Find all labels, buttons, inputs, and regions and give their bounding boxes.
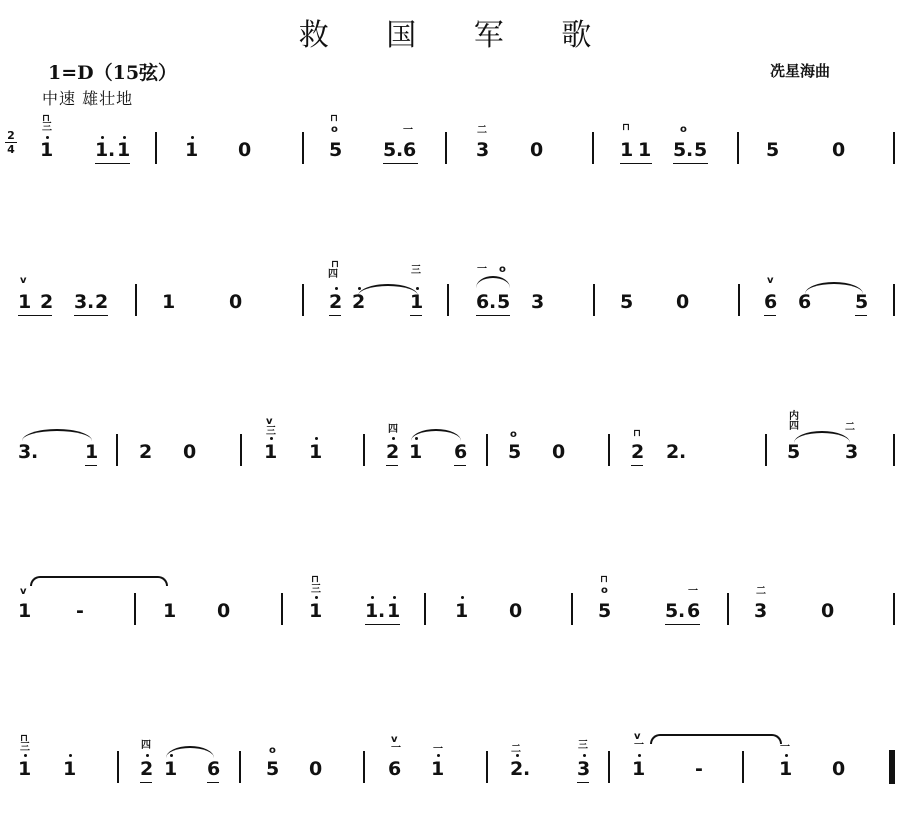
- note: 0: [832, 140, 845, 160]
- note: 5: [855, 292, 868, 312]
- note: 3: [577, 759, 590, 779]
- bow-up-mark: v: [767, 276, 774, 286]
- string-position-mark: 一: [688, 587, 698, 597]
- slur: [794, 431, 850, 443]
- note: 3: [531, 292, 544, 312]
- note: 0: [217, 601, 230, 621]
- note: 3: [476, 140, 489, 160]
- note: 1: [185, 140, 198, 160]
- eighth-underline: [410, 315, 422, 316]
- note: 2: [631, 442, 644, 462]
- note: 1: [309, 442, 322, 462]
- string-position-mark: 一: [477, 265, 487, 275]
- barline: [363, 434, 365, 466]
- note-dot: .: [489, 292, 496, 312]
- note: 1: [18, 292, 31, 312]
- note: 6: [798, 292, 811, 312]
- string-position-mark: 三: [20, 743, 30, 753]
- open-string-mark: o: [331, 125, 338, 135]
- eighth-underline: [74, 315, 108, 316]
- note-dot: .: [378, 601, 385, 621]
- note: 0: [530, 140, 543, 160]
- slur: [411, 429, 461, 441]
- string-position-mark: 四: [141, 741, 151, 751]
- eighth-underline: [207, 782, 219, 783]
- note: 2: [386, 442, 399, 462]
- note: 1: [620, 140, 633, 160]
- barline: [486, 434, 488, 466]
- note: 2: [40, 292, 53, 312]
- note: 2: [95, 292, 108, 312]
- note-dot: .: [686, 140, 693, 160]
- note: 6: [687, 601, 700, 621]
- note: 1: [410, 292, 423, 312]
- note: 3: [18, 442, 31, 462]
- note: 5: [266, 759, 279, 779]
- barline: [608, 434, 610, 466]
- barline: [893, 284, 895, 316]
- note: 5: [598, 601, 611, 621]
- eighth-underline: [631, 465, 643, 466]
- octave-dot: [785, 754, 788, 757]
- barline: [893, 434, 895, 466]
- barline: [424, 593, 426, 625]
- slur: [166, 746, 214, 758]
- barline: [727, 593, 729, 625]
- note: 5: [620, 292, 633, 312]
- barline: [302, 132, 304, 164]
- note: 2: [666, 442, 679, 462]
- note: 1: [365, 601, 378, 621]
- note: 1: [455, 601, 468, 621]
- barline: [608, 751, 610, 783]
- string-position-mark: 三: [266, 427, 276, 437]
- barline: [281, 593, 283, 625]
- string-position-mark: 四: [789, 422, 799, 432]
- octave-dot: [461, 596, 464, 599]
- note: 0: [832, 759, 845, 779]
- string-position-mark: 三: [411, 266, 421, 276]
- string-position-mark: 二: [845, 423, 855, 433]
- bow-down-mark: ⊓: [330, 114, 338, 124]
- note: 1: [85, 442, 98, 462]
- note: 5: [497, 292, 510, 312]
- note: 6: [207, 759, 220, 779]
- note: 5: [665, 601, 678, 621]
- note: 2: [140, 759, 153, 779]
- barline: [592, 132, 594, 164]
- eighth-underline: [383, 163, 418, 164]
- note: 0: [509, 601, 522, 621]
- open-string-mark: o: [499, 265, 506, 275]
- barline: [447, 284, 449, 316]
- eighth-underline: [329, 315, 341, 316]
- barline: [593, 284, 595, 316]
- note: 1: [63, 759, 76, 779]
- open-string-mark: o: [601, 586, 608, 596]
- staff-row-2: v 1 2 3 . 2 1 0 ⊓ 四 2 2 三 1 一 o 6 . 5 3 …: [0, 262, 914, 322]
- note-dot: .: [678, 601, 685, 621]
- note: 1: [40, 140, 53, 160]
- tie: [650, 734, 782, 744]
- note: 0: [183, 442, 196, 462]
- note: 3: [754, 601, 767, 621]
- open-string-mark: o: [269, 746, 276, 756]
- octave-dot: [371, 596, 374, 599]
- note: 6: [403, 140, 416, 160]
- key-signature: 1=D（15弦）: [48, 58, 177, 85]
- string-position-mark: 二: [477, 126, 487, 136]
- note: 5: [329, 140, 342, 160]
- string-position-mark: 四: [328, 270, 338, 280]
- note: 1: [387, 601, 400, 621]
- note: 6: [764, 292, 777, 312]
- octave-dot: [638, 754, 641, 757]
- barline: [117, 751, 119, 783]
- string-position-mark: 三: [578, 741, 588, 751]
- octave-dot: [437, 754, 440, 757]
- octave-dot: [392, 437, 395, 440]
- barline: [363, 751, 365, 783]
- string-position-mark: 一: [391, 744, 401, 754]
- barline: [445, 132, 447, 164]
- staff-row-1: ⊓ 三 1 1 . 1 1 0 ⊓ o 5 一 5 . 6 二 3 0 ⊓ 1 …: [0, 108, 914, 168]
- note: 0: [229, 292, 242, 312]
- barline: [893, 132, 895, 164]
- barline: [765, 434, 767, 466]
- eighth-underline: [18, 315, 52, 316]
- tempo-marking: 中速 雄壮地: [42, 86, 133, 109]
- note-dot: .: [523, 759, 530, 779]
- score-title: 救 国 军 歌: [0, 10, 914, 54]
- barline: [135, 284, 137, 316]
- note: 1: [309, 601, 322, 621]
- note: 2: [329, 292, 342, 312]
- octave-dot: [315, 437, 318, 440]
- eighth-underline: [577, 782, 589, 783]
- note: 6: [454, 442, 467, 462]
- octave-dot: [516, 754, 519, 757]
- octave-dot: [69, 754, 72, 757]
- staff-row-4: v 1 - 1 0 ⊓ 三 1 1 . 1 1 0 ⊓ o 5 一 5 . 6 …: [0, 575, 914, 635]
- octave-dot: [315, 596, 318, 599]
- note: 3: [74, 292, 87, 312]
- note: 1: [18, 759, 31, 779]
- eighth-underline: [476, 315, 510, 316]
- final-barline: [889, 750, 895, 784]
- eighth-underline: [620, 163, 652, 164]
- open-string-mark: o: [680, 125, 687, 135]
- note: 1: [163, 601, 176, 621]
- note: 1: [18, 601, 31, 621]
- eighth-underline: [85, 465, 97, 466]
- barline: [116, 434, 118, 466]
- note: 1: [632, 759, 645, 779]
- note-dot: .: [108, 140, 115, 160]
- note: 1: [638, 140, 651, 160]
- octave-dot: [583, 754, 586, 757]
- string-position-mark: 三: [42, 123, 52, 133]
- barline: [240, 434, 242, 466]
- octave-dot: [270, 437, 273, 440]
- composer: 冼星海曲: [770, 60, 830, 81]
- octave-dot: [24, 754, 27, 757]
- octave-dot: [416, 287, 419, 290]
- note: 0: [821, 601, 834, 621]
- slur: [358, 284, 418, 296]
- note-dot: .: [31, 442, 38, 462]
- note: 1: [264, 442, 277, 462]
- note: 1: [117, 140, 130, 160]
- bow-down-mark: ⊓: [600, 575, 608, 585]
- note: 5: [508, 442, 521, 462]
- note: 5: [694, 140, 707, 160]
- note: 0: [238, 140, 251, 160]
- string-position-mark: 四: [388, 425, 398, 435]
- barline: [737, 132, 739, 164]
- staff-row-3: 3 . 1 2 0 v 三 1 1 四 2 1 6 o 5 0 ⊓ 2 2 . …: [0, 420, 914, 480]
- note: 1: [779, 759, 792, 779]
- barline: [155, 132, 157, 164]
- barline: [738, 284, 740, 316]
- octave-dot: [170, 754, 173, 757]
- eighth-underline: [855, 315, 867, 316]
- eighth-underline: [454, 465, 466, 466]
- note: 5: [383, 140, 396, 160]
- octave-dot: [415, 437, 418, 440]
- bow-down-mark: ⊓: [622, 123, 630, 133]
- barline: [302, 284, 304, 316]
- staff-row-5: ⊓ 三 1 1 四 2 1 6 o 5 0 v 一 6 一 1 二 2 . 三 …: [0, 732, 914, 792]
- octave-dot: [393, 596, 396, 599]
- note: 1: [409, 442, 422, 462]
- note: 5: [673, 140, 686, 160]
- note-dot: .: [679, 442, 686, 462]
- note: 5: [787, 442, 800, 462]
- eighth-underline: [95, 163, 130, 164]
- bow-up-mark: v: [20, 587, 27, 597]
- slur: [22, 429, 92, 441]
- eighth-underline: [673, 163, 708, 164]
- tie: [30, 576, 168, 586]
- barline: [742, 751, 744, 783]
- note: 1: [95, 140, 108, 160]
- eighth-underline: [140, 782, 152, 783]
- eighth-underline: [665, 624, 700, 625]
- note: 0: [676, 292, 689, 312]
- note: 1: [431, 759, 444, 779]
- note: 1: [162, 292, 175, 312]
- note-extension-dash: -: [695, 759, 703, 779]
- string-position-mark: 一: [634, 741, 644, 751]
- note-dot: .: [87, 292, 94, 312]
- octave-dot: [146, 754, 149, 757]
- note: 0: [309, 759, 322, 779]
- string-position-mark: 一: [403, 126, 413, 136]
- note: 6: [388, 759, 401, 779]
- bow-down-mark: ⊓: [633, 429, 641, 439]
- note: 6: [476, 292, 489, 312]
- eighth-underline: [365, 624, 400, 625]
- barline: [134, 593, 136, 625]
- note: 0: [552, 442, 565, 462]
- string-position-mark: 一: [780, 743, 790, 753]
- eighth-underline: [764, 315, 776, 316]
- note: 2: [139, 442, 152, 462]
- barline: [239, 751, 241, 783]
- string-position-mark: 三: [311, 585, 321, 595]
- open-string-mark: o: [510, 430, 517, 440]
- barline: [486, 751, 488, 783]
- note: 3: [845, 442, 858, 462]
- note: 2: [510, 759, 523, 779]
- barline: [571, 593, 573, 625]
- slur: [476, 276, 510, 288]
- eighth-underline: [386, 465, 398, 466]
- octave-dot: [335, 287, 338, 290]
- string-position-mark: 二: [756, 587, 766, 597]
- bow-up-mark: v: [20, 276, 27, 286]
- barline: [893, 593, 895, 625]
- note: 1: [164, 759, 177, 779]
- note-extension-dash: -: [76, 601, 84, 621]
- note: 5: [766, 140, 779, 160]
